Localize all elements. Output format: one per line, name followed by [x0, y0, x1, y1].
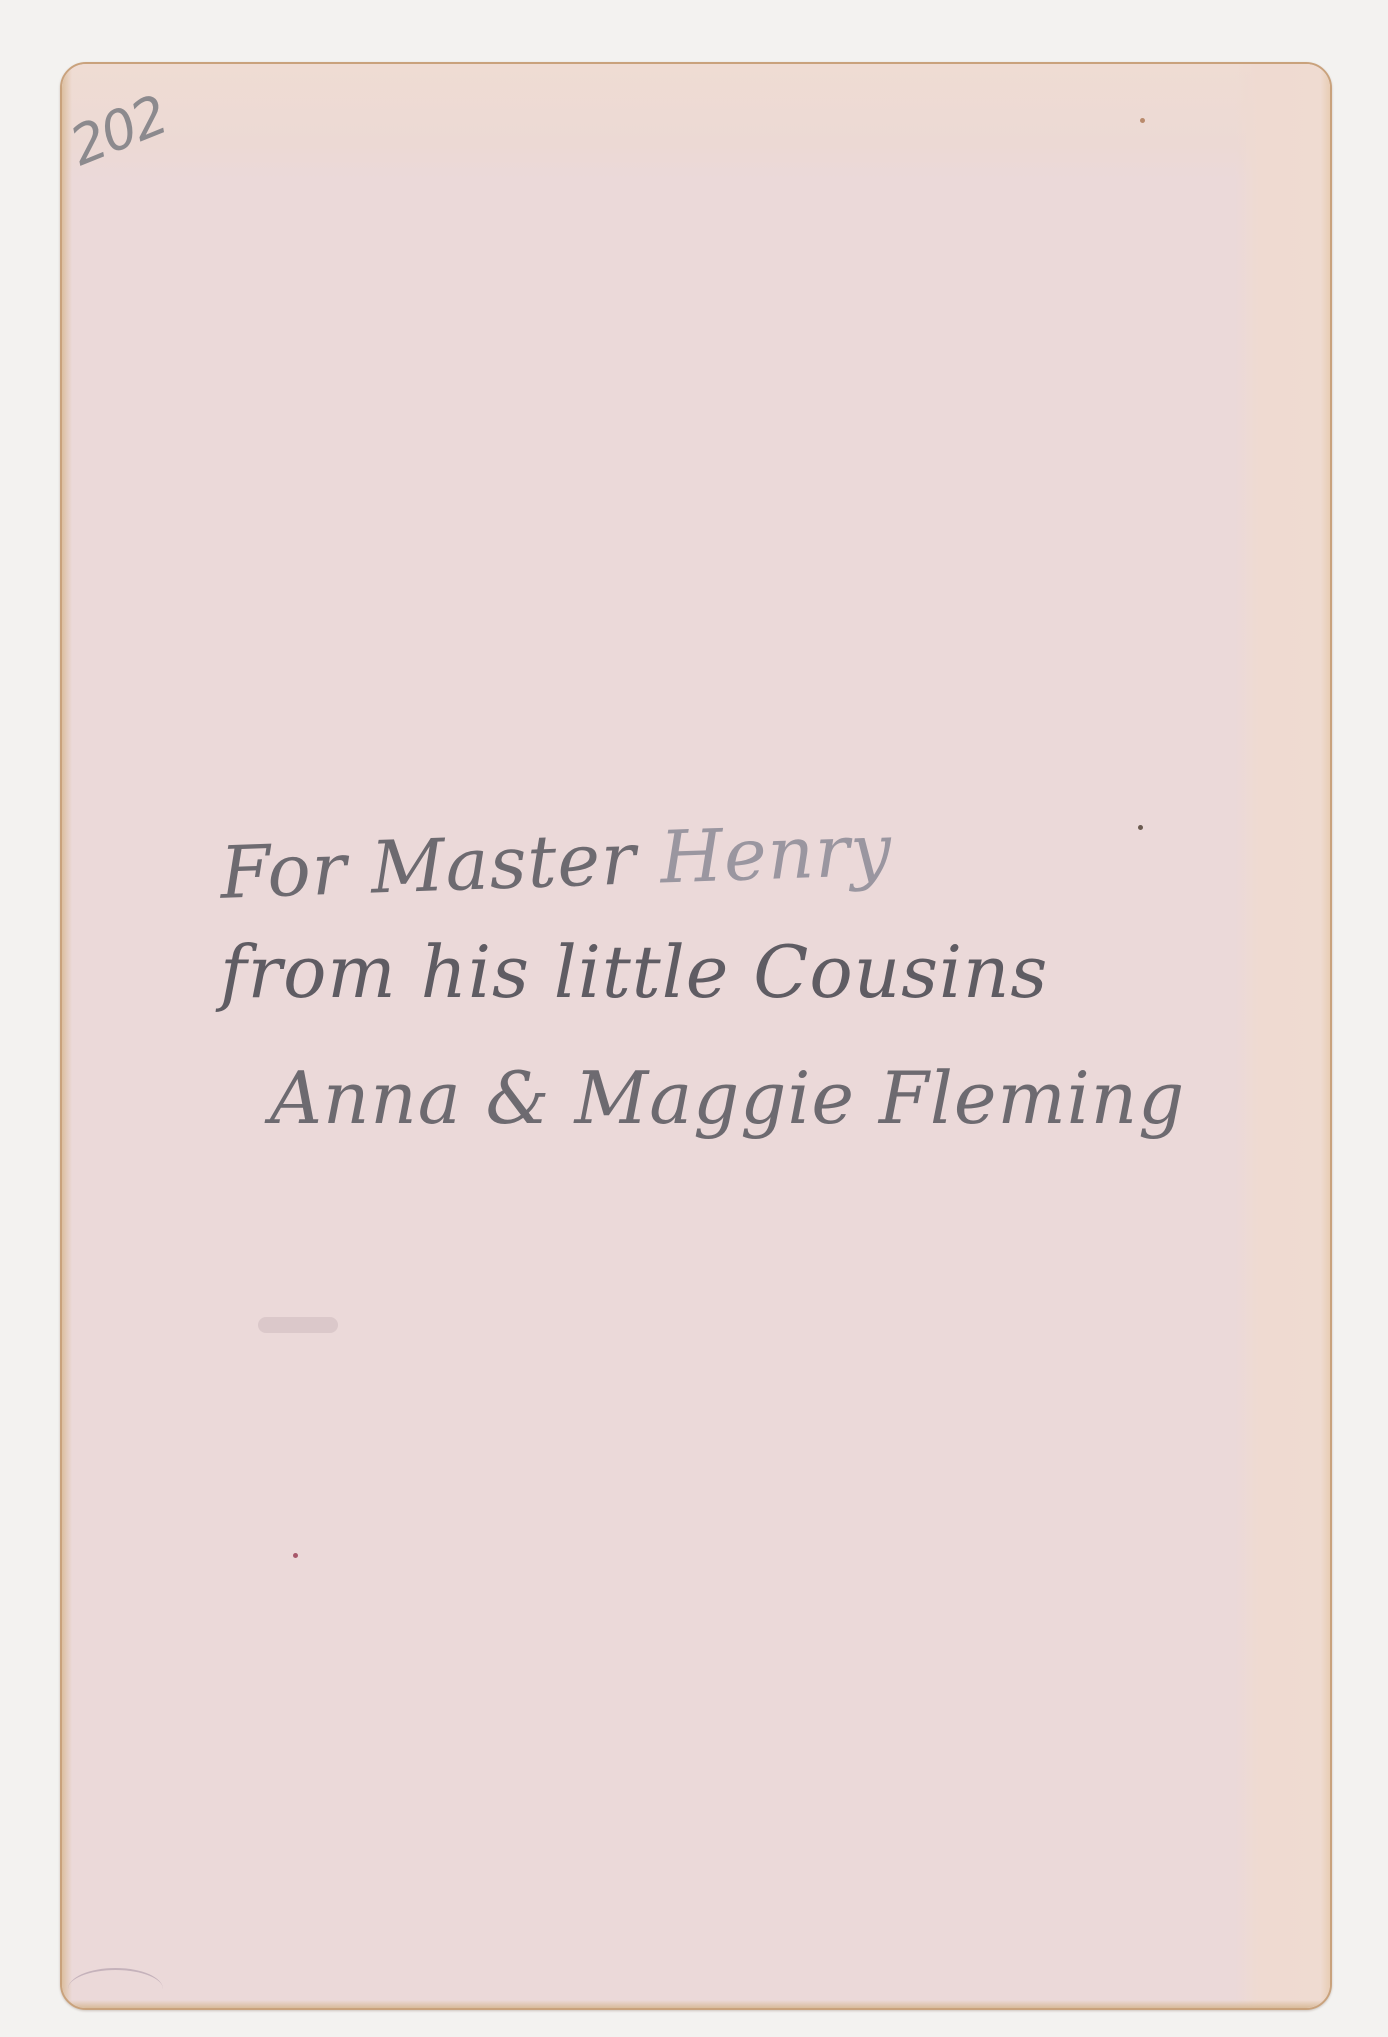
- speck-mark: [1140, 118, 1145, 123]
- speck-mark: [293, 1553, 298, 1558]
- inscription-line-3: Anna & Maggie Fleming: [270, 1062, 1185, 1134]
- inscription-line-1-prefix: For Master: [219, 816, 662, 915]
- card-left-edge: [62, 64, 72, 2008]
- inscription-line-2: from his little Cousins: [220, 936, 1185, 1008]
- inscription-recipient-name: Henry: [659, 807, 894, 899]
- inscription-line-1: For Master Henry: [219, 803, 1186, 909]
- corner-crease: [68, 1968, 163, 2010]
- smudge-mark: [258, 1317, 338, 1333]
- card-bottom-edge: [62, 2000, 1330, 2008]
- handwritten-inscription: For Master Henry from his little Cousins…: [220, 820, 1185, 1134]
- speck-mark: [1138, 825, 1143, 830]
- discoloration-right-band: [1235, 64, 1330, 2008]
